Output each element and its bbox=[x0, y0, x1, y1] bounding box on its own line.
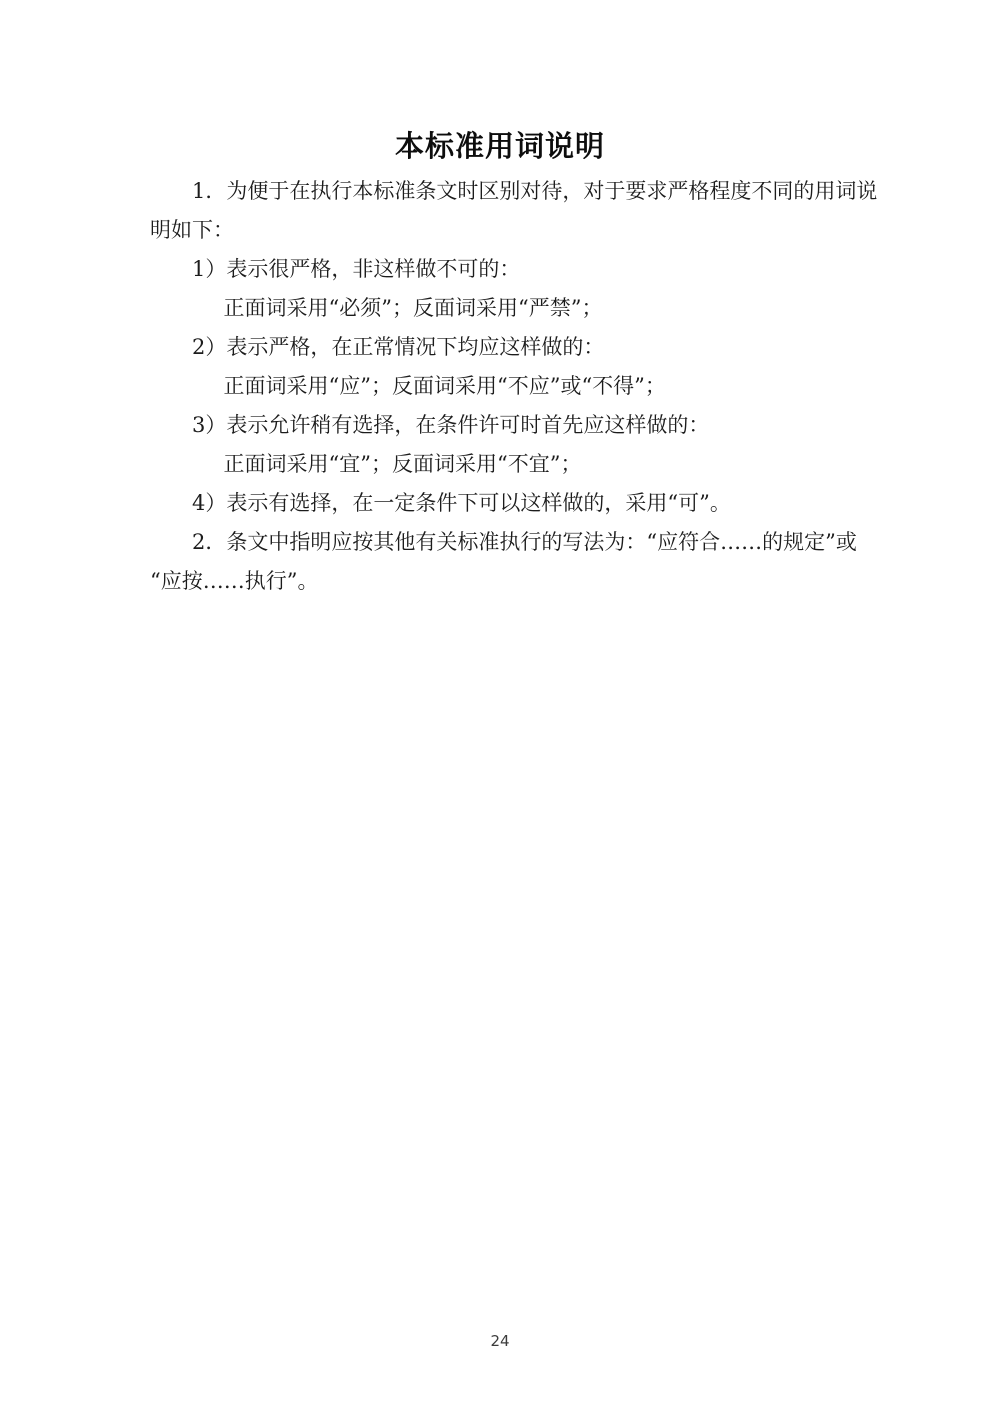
text-line: 3）表示允许稍有选择，在条件许可时首先应这样做的： bbox=[150, 406, 880, 445]
text-line: 正面词采用“应”；反面词采用“不应”或“不得”； bbox=[150, 367, 880, 406]
text-line: 明如下： bbox=[150, 211, 880, 250]
text-line: 1）表示很严格，非这样做不可的： bbox=[150, 250, 880, 289]
text-line: 1．为便于在执行本标准条文时区别对待，对于要求严格程度不同的用词说 bbox=[150, 172, 880, 211]
document-page: 本标准用词说明 1．为便于在执行本标准条文时区别对待，对于要求严格程度不同的用词… bbox=[0, 0, 1000, 1413]
page-title: 本标准用词说明 bbox=[0, 128, 1000, 166]
text-line: 正面词采用“宜”；反面词采用“不宜”； bbox=[150, 445, 880, 484]
page-number: 24 bbox=[0, 1331, 1000, 1352]
text-line: 2）表示严格，在正常情况下均应这样做的： bbox=[150, 328, 880, 367]
document-body: 1．为便于在执行本标准条文时区别对待，对于要求严格程度不同的用词说明如下：1）表… bbox=[150, 172, 880, 601]
text-line: 2．条文中指明应按其他有关标准执行的写法为：“应符合……的规定”或 bbox=[150, 523, 880, 562]
text-line: 正面词采用“必须”；反面词采用“严禁”； bbox=[150, 289, 880, 328]
text-line: 4）表示有选择，在一定条件下可以这样做的，采用“可”。 bbox=[150, 484, 880, 523]
text-line: “应按……执行”。 bbox=[150, 562, 880, 601]
